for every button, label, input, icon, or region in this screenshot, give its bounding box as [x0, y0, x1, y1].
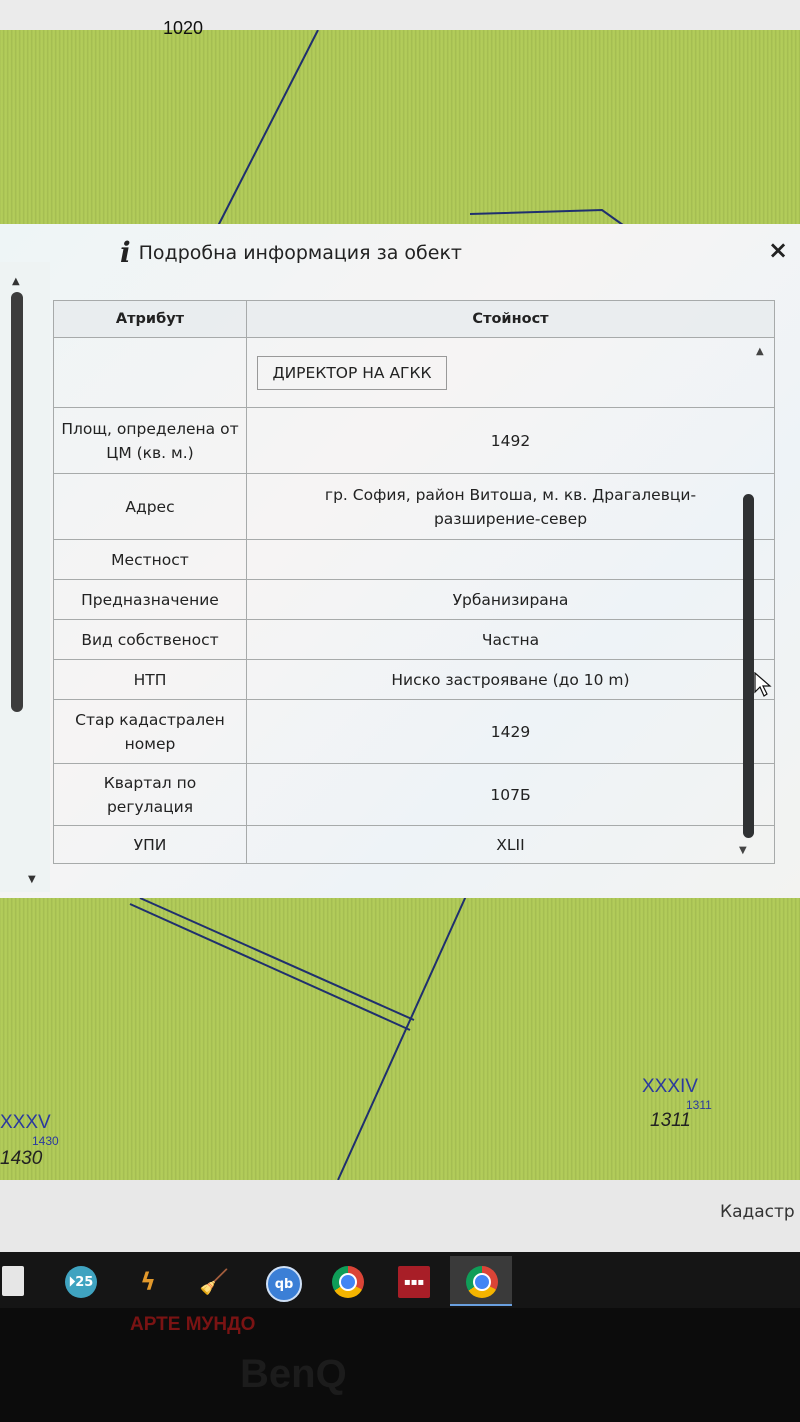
table-row: ДИРЕКТОР НА АГКК [54, 338, 775, 408]
media-player-icon-label: ⏵25 [69, 1275, 94, 1290]
table-row: Местност [54, 540, 775, 580]
attribute-cell: Квартал по регулация [54, 764, 247, 826]
value-cell: XLII [247, 826, 775, 864]
map-label-parcel-number-right: 1311 [650, 1110, 691, 1132]
map-label-parcel-roman-right: XXXIV [642, 1076, 698, 1098]
value-cell: ДИРЕКТОР НА АГКК [247, 338, 775, 408]
status-strip [0, 1180, 800, 1252]
equalizer-app-icon[interactable]: ▪▪▪ [398, 1266, 430, 1298]
qbittorrent-icon[interactable]: qb [266, 1266, 302, 1302]
value-cell: 1492 [247, 408, 775, 474]
media-player-icon[interactable]: ⏵25 [65, 1266, 97, 1298]
map-label-cut-top: 1020 [163, 18, 203, 39]
winamp-icon[interactable]: ϟ [132, 1266, 164, 1298]
table-scrollbar-thumb[interactable] [743, 494, 754, 838]
attributes-table: Атрибут Стойност ДИРЕКТОР НА АГКК Площ, … [53, 300, 775, 864]
attribute-cell: НТП [54, 660, 247, 700]
table-row: Адрес гр. София, район Витоша, м. кв. Др… [54, 474, 775, 540]
attribute-cell [54, 338, 247, 408]
value-cell: Частна [247, 620, 775, 660]
left-scrollbar-thumb[interactable] [11, 292, 23, 712]
value-cell: 107Б [247, 764, 775, 826]
table-row: Площ, определена от ЦМ (кв. м.) 1492 [54, 408, 775, 474]
table-scroll-down-arrow[interactable]: ▼ [739, 845, 747, 856]
monitor-sticker-text: АРТЕ МУНДО [130, 1314, 255, 1336]
table-row: Квартал по регулация 107Б [54, 764, 775, 826]
status-text: Кадастр [720, 1202, 795, 1222]
attribute-cell: Стар кадастрален номер [54, 700, 247, 764]
attribute-cell: Предназначение [54, 580, 247, 620]
monitor-brand-logo: BenQ [240, 1352, 347, 1397]
qbittorrent-icon-label: qb [275, 1277, 294, 1292]
value-cell: Ниско застрояване (до 10 m) [247, 660, 775, 700]
browser-top-area [0, 0, 800, 34]
dialog-title: Подробна информация за обект [139, 242, 462, 264]
attribute-cell: УПИ [54, 826, 247, 864]
info-icon: i [120, 236, 131, 269]
value-cell: гр. София, район Витоша, м. кв. Драгалев… [247, 474, 775, 540]
table-row: НТП Ниско застрояване (до 10 m) [54, 660, 775, 700]
table-scroll-up-arrow[interactable]: ▲ [756, 346, 764, 357]
chrome-profile-icon[interactable] [466, 1266, 498, 1298]
table-row: Предназначение Урбанизирана [54, 580, 775, 620]
column-header-value: Стойност [247, 301, 775, 338]
column-header-attribute: Атрибут [54, 301, 247, 338]
ccleaner-icon[interactable]: 🧹 [198, 1266, 230, 1298]
left-side-panel [0, 262, 50, 892]
nested-value-cell: ДИРЕКТОР НА АГКК [257, 356, 447, 390]
table-row: Вид собственост Частна [54, 620, 775, 660]
value-cell [247, 540, 775, 580]
left-scroll-up-arrow[interactable]: ▲ [12, 276, 20, 287]
attribute-cell: Площ, определена от ЦМ (кв. м.) [54, 408, 247, 474]
map-label-parcel-sup-left: 1430 [32, 1134, 59, 1148]
table-row: УПИ XLII [54, 826, 775, 864]
dialog-header: i Подробна информация за обект [120, 236, 462, 269]
map-label-parcel-roman-left: XXXV [0, 1112, 51, 1134]
table-row: Стар кадастрален номер 1429 [54, 700, 775, 764]
map-label-parcel-number-left: 1430 [0, 1148, 42, 1170]
attribute-cell: Адрес [54, 474, 247, 540]
value-cell: Урбанизирана [247, 580, 775, 620]
chrome-icon[interactable] [332, 1266, 364, 1298]
mouse-cursor-icon [754, 672, 772, 698]
left-scroll-down-arrow[interactable]: ▼ [28, 874, 36, 885]
value-cell: 1429 [247, 700, 775, 764]
attribute-cell: Местност [54, 540, 247, 580]
close-icon[interactable]: × [768, 236, 788, 264]
file-icon[interactable] [2, 1266, 24, 1296]
attribute-cell: Вид собственост [54, 620, 247, 660]
